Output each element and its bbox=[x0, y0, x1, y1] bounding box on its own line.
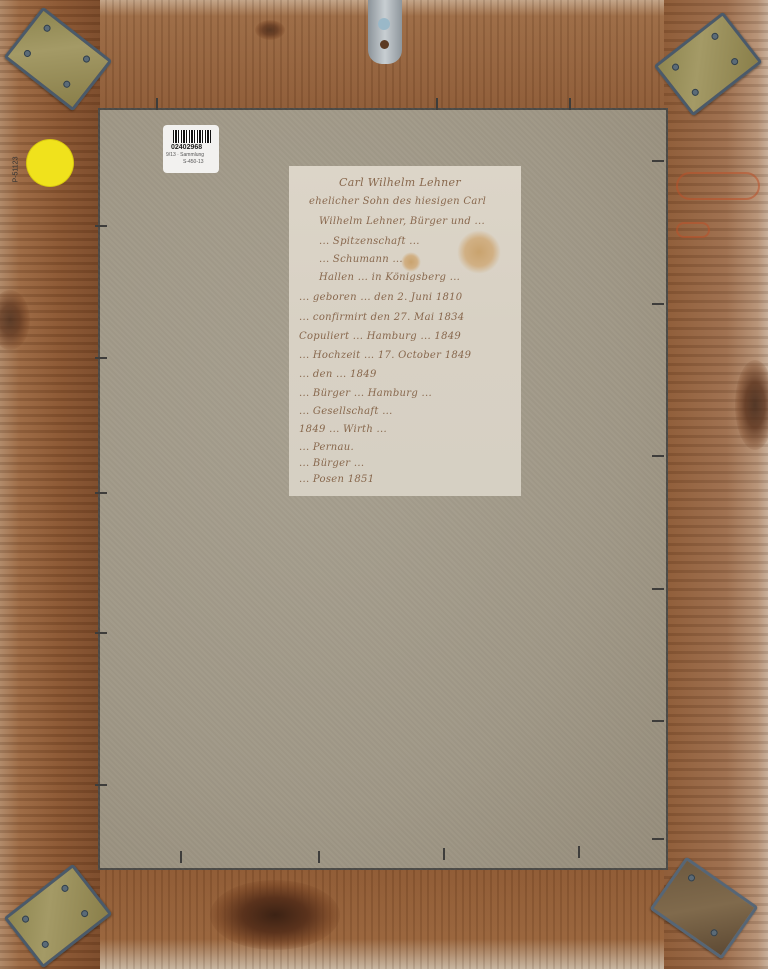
nail bbox=[578, 846, 580, 858]
note-line: ... Pernau. bbox=[299, 442, 354, 453]
ink-stain bbox=[457, 230, 501, 274]
nail bbox=[443, 848, 445, 860]
nail bbox=[156, 98, 158, 110]
label-line-2: S-450-13 bbox=[183, 159, 204, 165]
label-line-1: 9/13 · Sammlung bbox=[166, 152, 204, 158]
note-line: Hallen ... in Königsberg ... bbox=[319, 272, 460, 283]
note-line: ... den ... 1849 bbox=[299, 369, 377, 380]
note-line: 1849 ... Wirth ... bbox=[299, 424, 387, 435]
note-line: ... Bürger ... Hamburg ... bbox=[299, 388, 432, 399]
rivet bbox=[378, 18, 390, 30]
note-line: ... confirmirt den 27. Mai 1834 bbox=[299, 312, 464, 323]
frame-right-rail bbox=[664, 0, 768, 969]
nail bbox=[95, 357, 107, 359]
nail bbox=[569, 98, 571, 110]
framed-picture-back-photo: P-51123 02402968 9/13 · Sammlung S-450-1… bbox=[0, 0, 768, 969]
nail bbox=[95, 632, 107, 634]
note-line: Wilhelm Lehner, Bürger und ... bbox=[319, 216, 485, 227]
nail bbox=[180, 851, 182, 863]
note-line: ... Posen 1851 bbox=[299, 474, 374, 485]
inventory-barcode-label: 02402968 9/13 · Sammlung S-450-13 bbox=[163, 125, 219, 173]
nail bbox=[652, 720, 664, 722]
note-line: ... Spitzenschaft ... bbox=[319, 236, 420, 247]
note-line: ... Gesellschaft ... bbox=[299, 406, 393, 417]
note-line: ... Bürger ... bbox=[299, 458, 364, 469]
red-crayon-mark bbox=[676, 222, 710, 238]
sticker-text: P-51123 bbox=[12, 157, 19, 183]
nail bbox=[436, 98, 438, 110]
note-line: ehelicher Sohn des hiesigen Carl bbox=[309, 196, 486, 207]
nail bbox=[95, 492, 107, 494]
wood-knot bbox=[255, 20, 285, 40]
handwritten-note: Carl Wilhelm Lehner ehelicher Sohn des h… bbox=[289, 166, 521, 496]
label-number: 02402968 bbox=[171, 144, 202, 151]
wood-knot bbox=[735, 360, 768, 450]
nail bbox=[652, 160, 664, 162]
note-line: ... geboren ... den 2. Juni 1810 bbox=[299, 292, 462, 303]
yellow-sticker: P-51123 bbox=[27, 140, 73, 186]
note-line: ... Hochzeit ... 17. October 1849 bbox=[299, 350, 471, 361]
nail bbox=[318, 851, 320, 863]
note-line: ... Schumann ... bbox=[319, 254, 403, 265]
barcode bbox=[173, 130, 211, 143]
wood-knot bbox=[210, 880, 340, 950]
nail bbox=[95, 784, 107, 786]
nail bbox=[652, 588, 664, 590]
frame-bottom-rail bbox=[0, 869, 768, 969]
red-crayon-mark bbox=[676, 172, 760, 200]
note-line: Carl Wilhelm Lehner bbox=[339, 176, 461, 189]
hanging-bracket bbox=[368, 0, 402, 64]
nail bbox=[652, 455, 664, 457]
hanger-hole bbox=[380, 40, 389, 49]
note-line: Copuliert ... Hamburg ... 1849 bbox=[299, 331, 461, 342]
ink-stain bbox=[401, 252, 421, 272]
nail bbox=[95, 225, 107, 227]
nail bbox=[652, 303, 664, 305]
nail bbox=[652, 838, 664, 840]
